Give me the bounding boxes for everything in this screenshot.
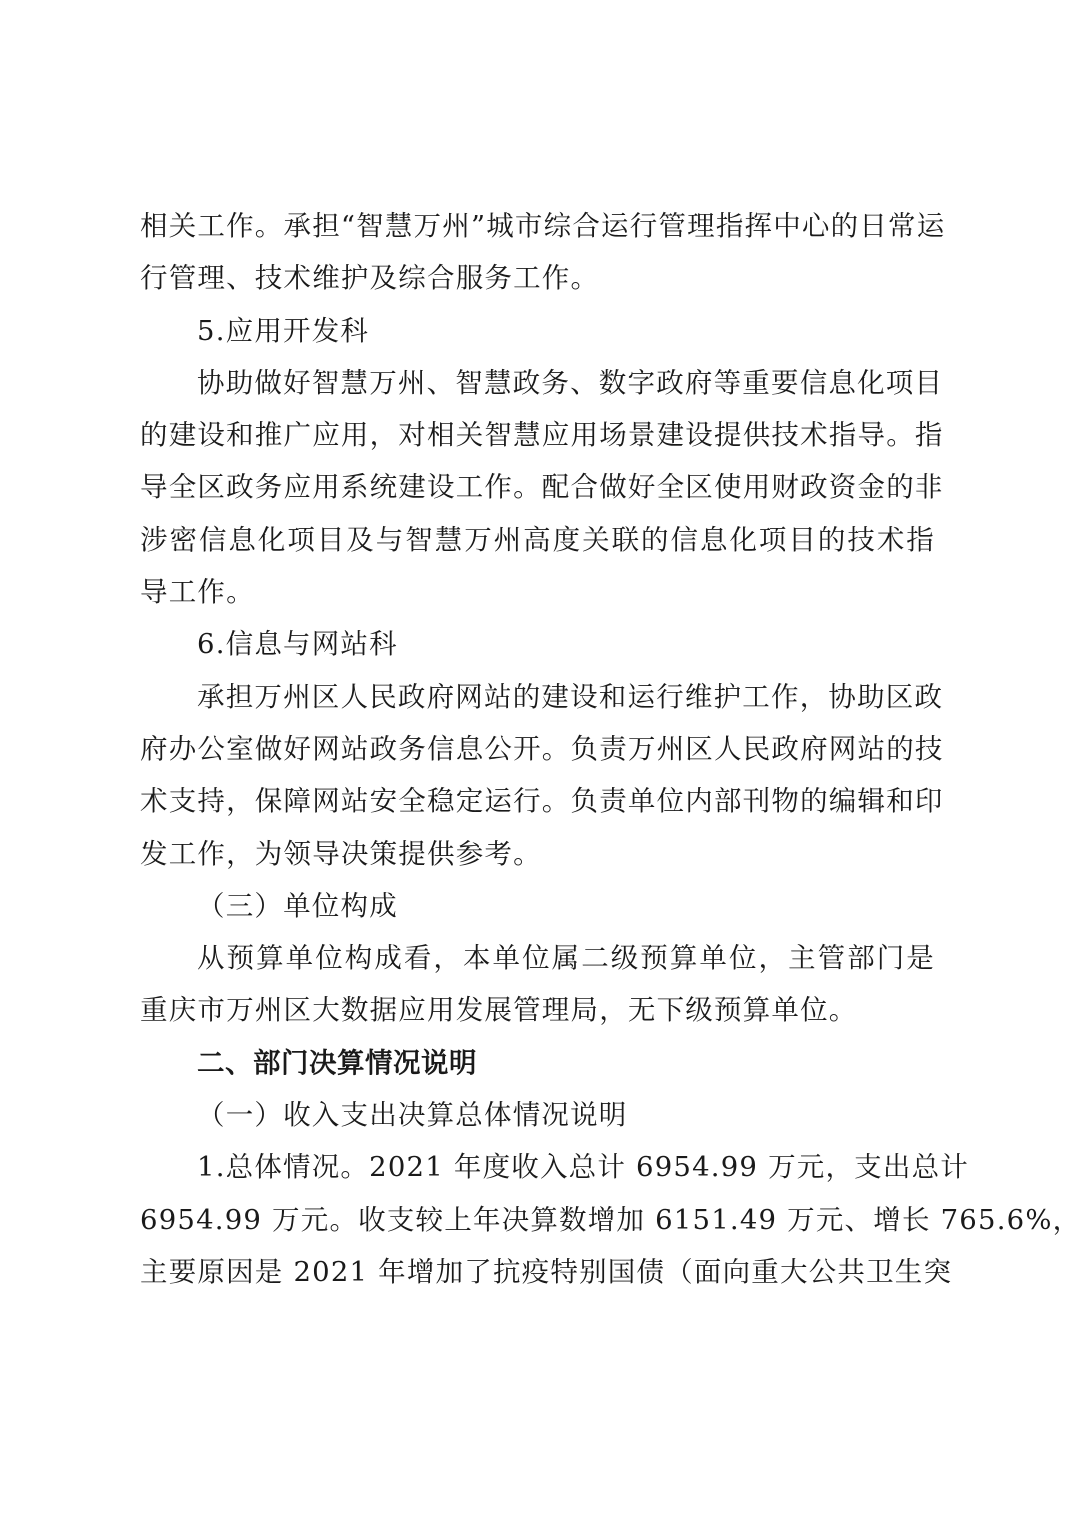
paragraph-line: 行管理、技术维护及综合服务工作。 xyxy=(140,252,940,304)
paragraph-line: 重庆市万州区大数据应用发展管理局，无下级预算单位。 xyxy=(140,984,940,1036)
section-heading-info-website: 6.信息与网站科 xyxy=(140,618,940,670)
paragraph-line: 术支持，保障网站安全稳定运行。负责单位内部刊物的编辑和印 xyxy=(140,775,935,827)
paragraph-line: 发工作，为领导决策提供参考。 xyxy=(140,828,940,880)
section-heading-application-dev: 5.应用开发科 xyxy=(140,305,940,357)
paragraph-line: 府办公室做好网站政务信息公开。负责万州区人民政府网站的技 xyxy=(140,723,935,775)
paragraph-line: 协助做好智慧万州、智慧政务、数字政府等重要信息化项目 xyxy=(140,357,935,409)
paragraph-line: 导全区政务应用系统建设工作。配合做好全区使用财政资金的非 xyxy=(140,461,935,513)
section-heading-unit-composition: （三）单位构成 xyxy=(140,880,940,932)
paragraph-line: 导工作。 xyxy=(140,566,940,618)
paragraph-line: 1.总体情况。2021 年度收入总计 6954.99 万元，支出总计 xyxy=(140,1141,935,1193)
document-body: 相关工作。承担“智慧万州”城市综合运行管理指挥中心的日常运 行管理、技术维护及综… xyxy=(140,200,940,1298)
paragraph-line: 相关工作。承担“智慧万州”城市综合运行管理指挥中心的日常运 xyxy=(140,200,935,252)
section-heading-income-expense-overview: （一）收入支出决算总体情况说明 xyxy=(140,1089,940,1141)
chapter-heading-final-accounts: 二、部门决算情况说明 xyxy=(140,1037,940,1089)
paragraph-line: 从预算单位构成看，本单位属二级预算单位，主管部门是 xyxy=(140,932,935,984)
paragraph-line: 6954.99 万元。收支较上年决算数增加 6151.49 万元、增长 765.… xyxy=(140,1194,935,1246)
paragraph-line: 承担万州区人民政府网站的建设和运行维护工作，协助区政 xyxy=(140,671,935,723)
paragraph-line: 的建设和推广应用，对相关智慧应用场景建设提供技术指导。指 xyxy=(140,409,935,461)
paragraph-line: 主要原因是 2021 年增加了抗疫特别国债（面向重大公共卫生突 xyxy=(140,1246,935,1298)
document-page: 相关工作。承担“智慧万州”城市综合运行管理指挥中心的日常运 行管理、技术维护及综… xyxy=(0,0,1074,1520)
paragraph-line: 涉密信息化项目及与智慧万州高度关联的信息化项目的技术指 xyxy=(140,514,935,566)
